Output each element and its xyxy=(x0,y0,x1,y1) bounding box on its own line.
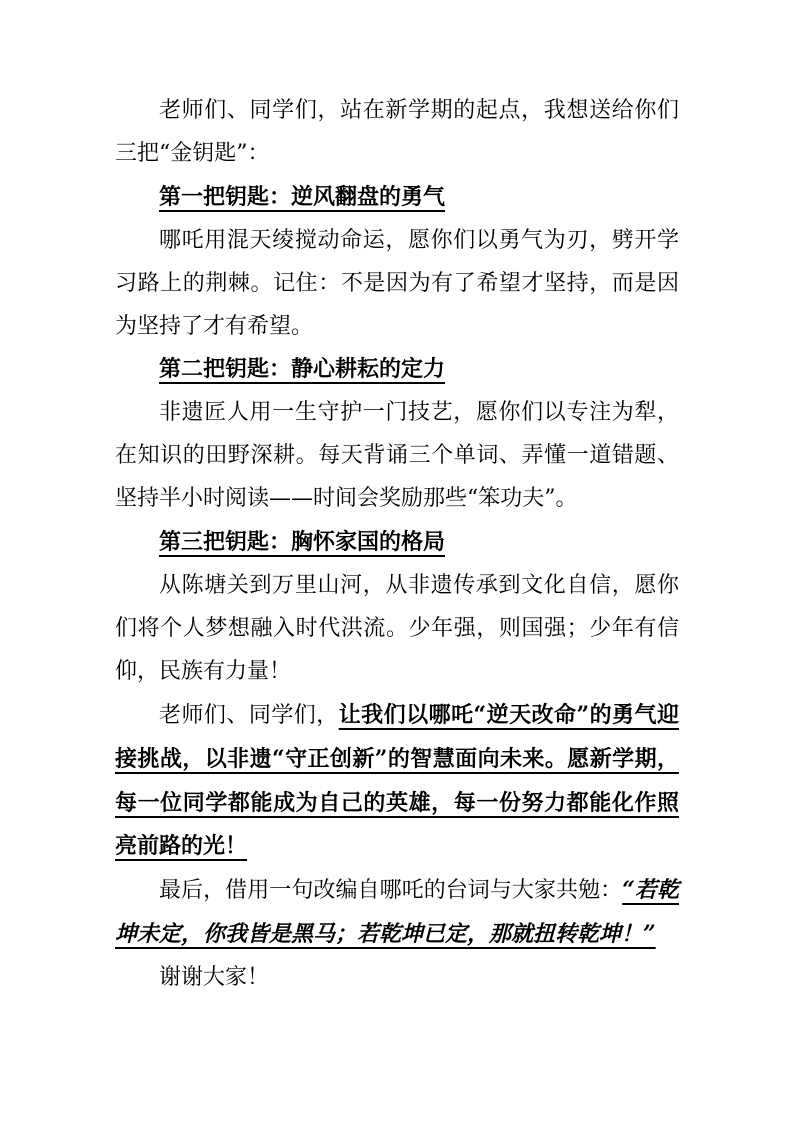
paragraph-second-key-body: 非遗匠人用一生守护一门技艺，愿你们以专注为犁，在知识的田野深耕。每天背诵三个单词… xyxy=(115,392,679,521)
paragraph-intro: 老师们、同学们，站在新学期的起点，我想送给你们三把“金钥匙”： xyxy=(115,90,679,176)
paragraph-third-key-text: 从陈塘关到万里山河，从非遗传承到文化自信，愿你们将个人梦想融入时代洪流。少年强，… xyxy=(115,573,679,684)
heading-second-key: 第二把钥匙：静心耕耘的定力 xyxy=(115,348,679,392)
paragraph-third-key-body: 从陈塘关到万里山河，从非遗传承到文化自信，愿你们将个人梦想融入时代洪流。少年强，… xyxy=(115,565,679,694)
paragraph-second-key-text: 非遗匠人用一生守护一门技艺，愿你们以专注为犁，在知识的田野深耕。每天背诵三个单词… xyxy=(115,400,679,511)
heading-first-key-text: 第一把钥匙：逆风翻盘的勇气 xyxy=(159,184,445,210)
paragraph-closing-charge: 老师们、同学们，让我们以哪吒“逆天改命”的勇气迎接挑战，以非遗“守正创新”的智慧… xyxy=(115,694,679,870)
paragraph-intro-text: 老师们、同学们，站在新学期的起点，我想送给你们三把“金钥匙”： xyxy=(115,98,679,166)
paragraph-thanks: 谢谢大家！ xyxy=(115,957,679,1000)
closing-charge-lead-text: 老师们、同学们， xyxy=(159,703,339,728)
paragraph-first-key-text: 哪吒用混天绫搅动命运，愿你们以勇气为刃，劈开学习路上的荆棘。记住：不是因为有了希… xyxy=(115,228,679,339)
quote-lead-text: 最后，借用一句改编自哪吒的台词与大家共勉： xyxy=(159,878,622,903)
paragraph-quote: 最后，借用一句改编自哪吒的台词与大家共勉：“若乾坤未定，你我皆是黑马；若乾坤已定… xyxy=(115,869,679,957)
heading-third-key: 第三把钥匙：胸怀家国的格局 xyxy=(115,521,679,565)
heading-third-key-text: 第三把钥匙：胸怀家国的格局 xyxy=(159,529,445,555)
paragraph-first-key-body: 哪吒用混天绫搅动命运，愿你们以勇气为刃，劈开学习路上的荆棘。记住：不是因为有了希… xyxy=(115,220,679,349)
document-page: 老师们、同学们，站在新学期的起点，我想送给你们三把“金钥匙”： 第一把钥匙：逆风… xyxy=(0,0,793,1122)
heading-first-key: 第一把钥匙：逆风翻盘的勇气 xyxy=(115,176,679,220)
document-body: 老师们、同学们，站在新学期的起点，我想送给你们三把“金钥匙”： 第一把钥匙：逆风… xyxy=(115,90,679,1000)
heading-second-key-text: 第二把钥匙：静心耕耘的定力 xyxy=(159,356,445,382)
thanks-text: 谢谢大家！ xyxy=(159,965,269,990)
